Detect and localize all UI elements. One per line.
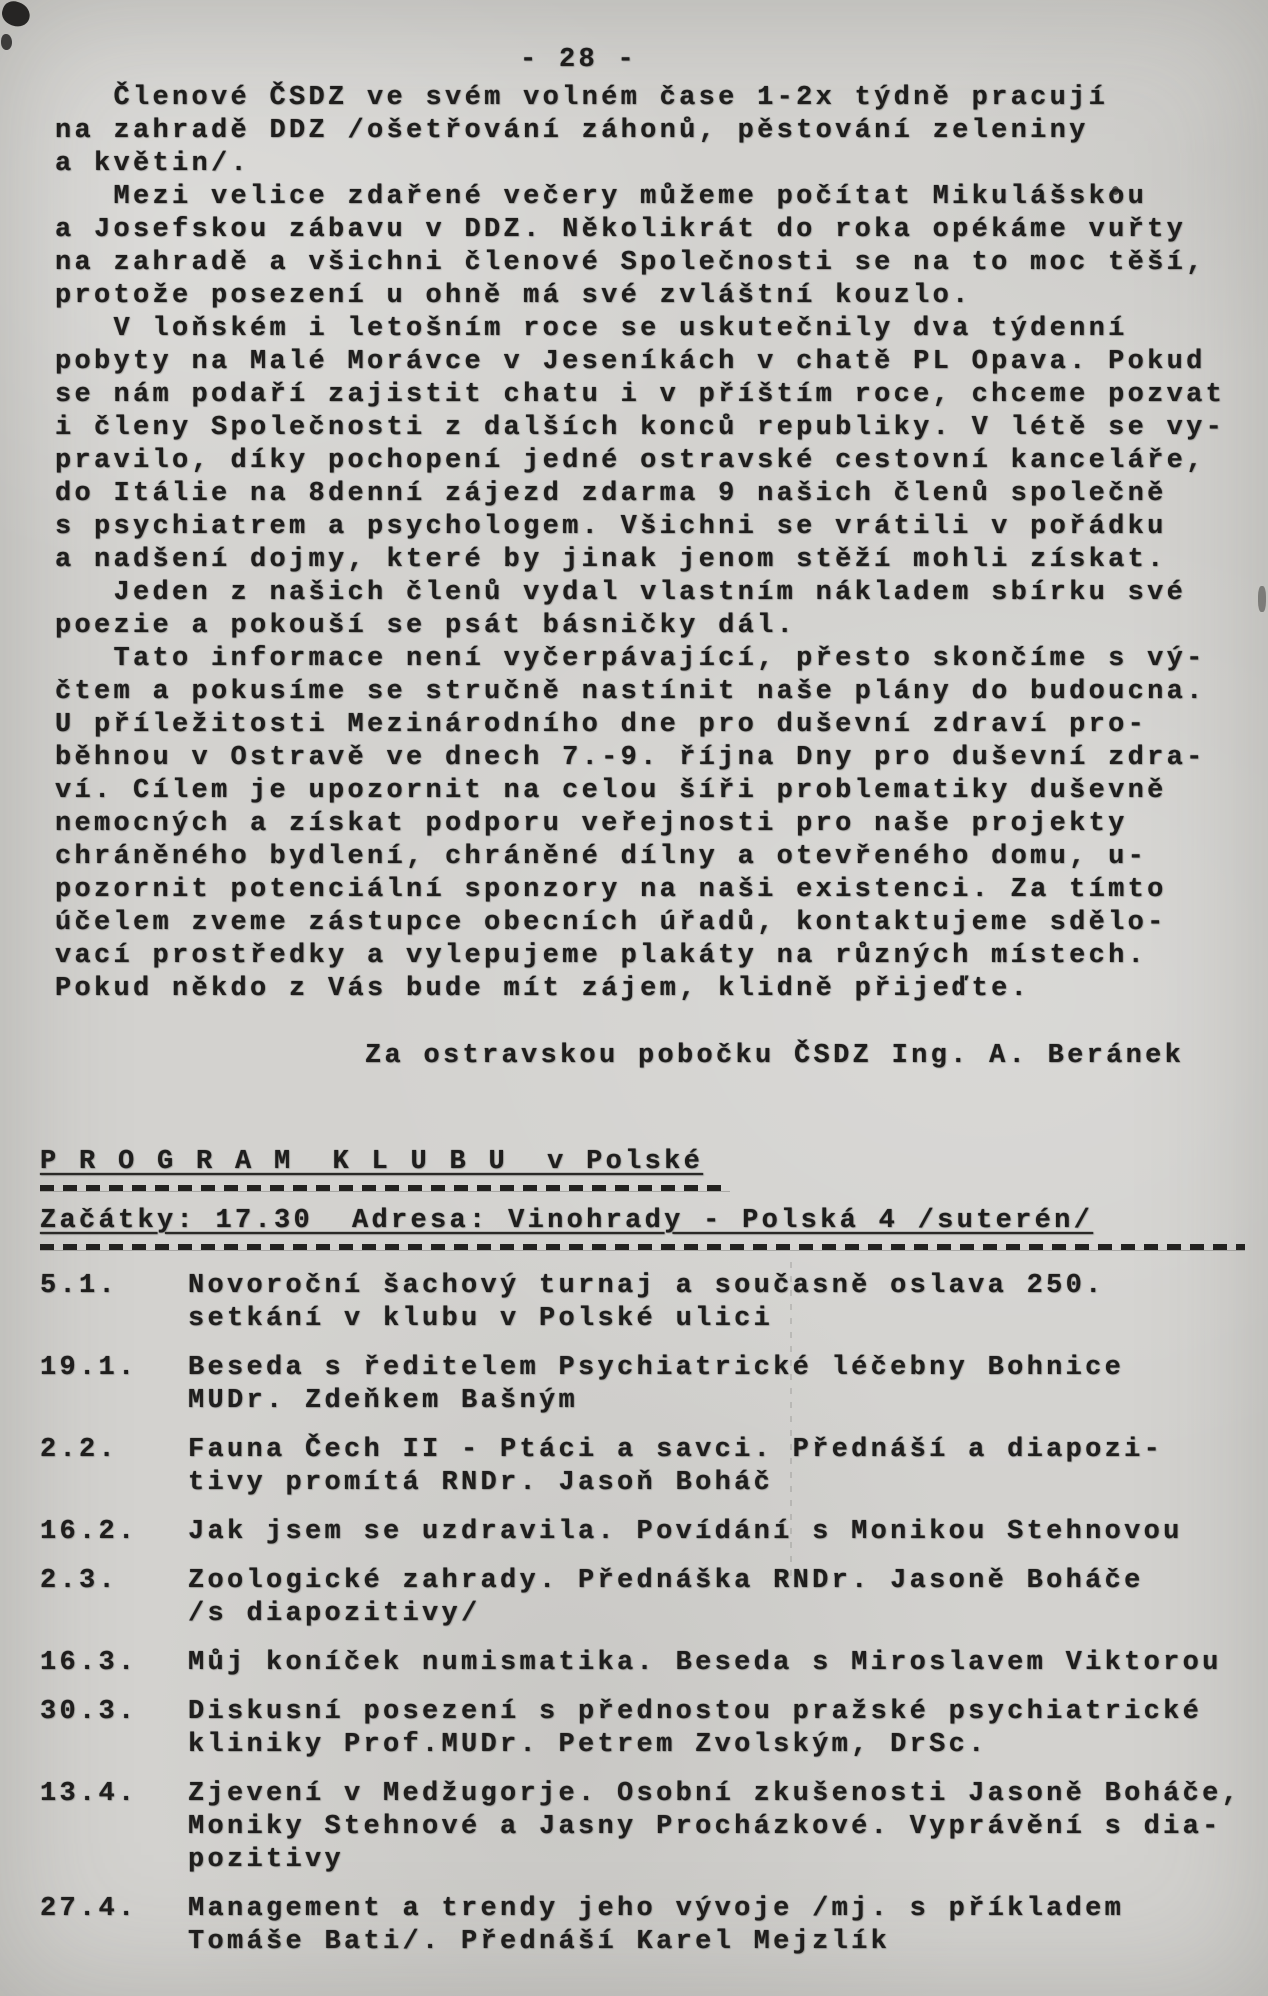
scan-speck xyxy=(1258,586,1266,612)
program-item-date: 27.4. xyxy=(40,1893,188,1959)
program-item: 19.1. Beseda s ředitelem Psychiatrické l… xyxy=(40,1352,1250,1418)
dashed-underline xyxy=(40,1185,730,1191)
paragraph: Členové ČSDZ ve svém volném čase 1-2x tý… xyxy=(55,82,1245,181)
dashed-underline xyxy=(40,1244,1245,1250)
program-item-date: 5.1. xyxy=(40,1270,188,1336)
program-item-text: Můj koníček numismatika. Beseda s Mirosl… xyxy=(188,1647,1250,1680)
paragraph: V loňském i letošním roce se uskutečnily… xyxy=(55,313,1245,577)
program-item-text: Diskusní posezení s přednostou pražské p… xyxy=(188,1696,1250,1762)
program-item: 5.1. Novoroční šachový turnaj a současně… xyxy=(40,1270,1250,1336)
program-item-text: Zoologické zahrady. Přednáška RNDr. Jaso… xyxy=(188,1565,1250,1631)
program-heading-text: P R O G R A M K L U B U v Polské xyxy=(40,1146,703,1179)
program-item-text: Novoroční šachový turnaj a současně osla… xyxy=(188,1270,1250,1336)
program-item-date: 30.3. xyxy=(40,1696,188,1762)
program-item-date: 2.3. xyxy=(40,1565,188,1631)
program-item: 16.3. Můj koníček numismatika. Beseda s … xyxy=(40,1647,1250,1680)
program-item-date: 13.4. xyxy=(40,1778,188,1877)
program-item: 2.3. Zoologické zahrady. Přednáška RNDr.… xyxy=(40,1565,1250,1631)
signature-line: Za ostravskou pobočku ČSDZ Ing. A. Berán… xyxy=(365,1040,1184,1073)
page-number: - 28 - xyxy=(520,44,637,77)
program-item: 2.2. Fauna Čech II - Ptáci a savci. Před… xyxy=(40,1434,1250,1500)
program-item-date: 2.2. xyxy=(40,1434,188,1500)
paragraph: Tato informace není vyčerpávající, přest… xyxy=(55,643,1245,1006)
program-subheading-text: Začátky: 17.30 Adresa: Vinohrady - Polsk… xyxy=(40,1205,1093,1238)
document-page: - 28 - Členové ČSDZ ve svém volném čase … xyxy=(0,0,1268,1996)
paragraph: Mezi velice zdařené večery můžeme počíta… xyxy=(55,181,1245,313)
program-item: 27.4. Management a trendy jeho vývoje /m… xyxy=(40,1893,1250,1959)
scan-smudge xyxy=(1,34,12,50)
program-heading: P R O G R A M K L U B U v Polské xyxy=(40,1146,1250,1191)
program-item-date: 16.2. xyxy=(40,1516,188,1549)
program-item-text: Jak jsem se uzdravila. Povídání s Moniko… xyxy=(188,1516,1250,1549)
program-item-text: Fauna Čech II - Ptáci a savci. Přednáší … xyxy=(188,1434,1250,1500)
program-item-date: 19.1. xyxy=(40,1352,188,1418)
program-item-date: 16.3. xyxy=(40,1647,188,1680)
body-paragraphs: Členové ČSDZ ve svém volném čase 1-2x tý… xyxy=(55,82,1245,1006)
program-item: 16.2. Jak jsem se uzdravila. Povídání s … xyxy=(40,1516,1250,1549)
program-item-text: Zjevení v Medžugorje. Osobní zkušenosti … xyxy=(188,1778,1250,1877)
program-section: P R O G R A M K L U B U v Polské Začátky… xyxy=(40,1146,1250,1975)
scan-smudge xyxy=(0,0,33,30)
program-item: 13.4. Zjevení v Medžugorje. Osobní zkuše… xyxy=(40,1778,1250,1877)
program-item-text: Beseda s ředitelem Psychiatrické léčebny… xyxy=(188,1352,1250,1418)
paragraph: Jeden z našich členů vydal vlastním nákl… xyxy=(55,577,1245,643)
program-item: 30.3. Diskusní posezení s přednostou pra… xyxy=(40,1696,1250,1762)
program-subheading: Začátky: 17.30 Adresa: Vinohrady - Polsk… xyxy=(40,1205,1250,1250)
program-list: 5.1. Novoroční šachový turnaj a současně… xyxy=(40,1270,1250,1959)
program-item-text: Management a trendy jeho vývoje /mj. s p… xyxy=(188,1893,1250,1959)
